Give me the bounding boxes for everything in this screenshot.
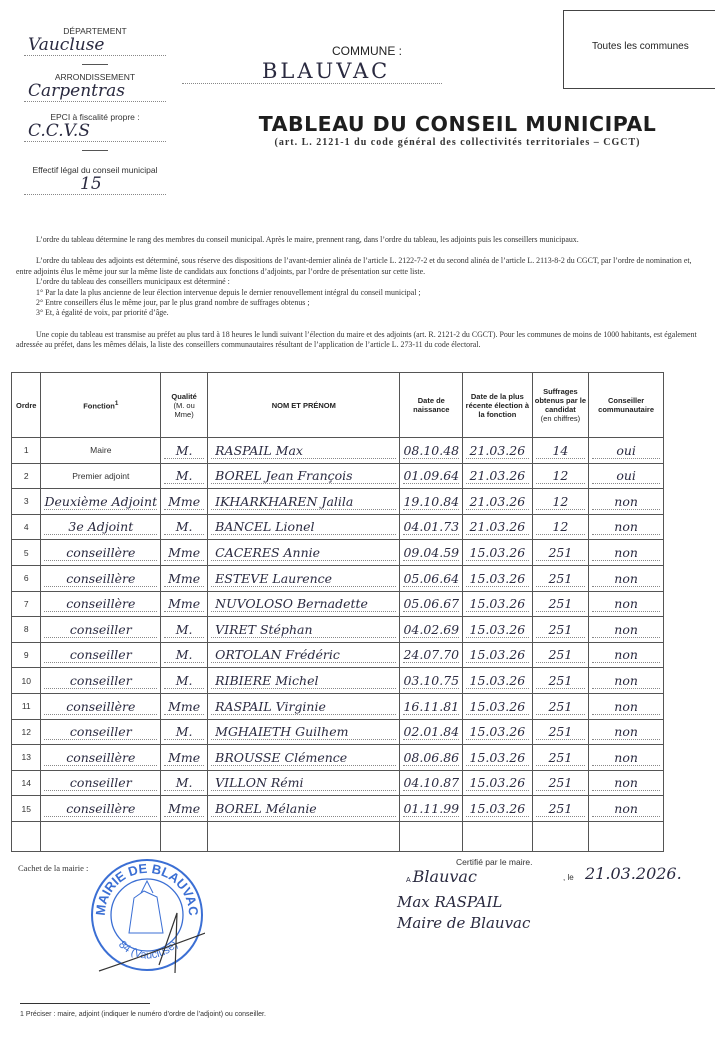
cell-nom: RASPAIL Virginie <box>208 693 400 719</box>
cell-naissance: 04.01.73 <box>400 514 463 540</box>
cell-qualite: Mme <box>161 540 208 566</box>
cell-suffrages: 251 <box>532 745 589 771</box>
cell-ordre: 6 <box>12 565 41 591</box>
cell-suffrages: 251 <box>532 617 589 643</box>
sign-place: ABlauvac <box>406 867 477 886</box>
cell-qualite: M. <box>161 668 208 694</box>
cell-naissance: 01.11.99 <box>400 796 463 822</box>
cell-nom: VILLON Rémi <box>208 770 400 796</box>
cell-communautaire: non <box>589 540 664 566</box>
certified-label: Certifié par le maire. <box>456 857 533 867</box>
cell-naissance: 01.09.64 <box>400 463 463 489</box>
cell-qualite: M. <box>161 642 208 668</box>
le-label: , le <box>563 873 574 882</box>
cell-suffrages: 251 <box>532 668 589 694</box>
cell-ordre: 9 <box>12 642 41 668</box>
header-ordre: Ordre <box>12 373 41 438</box>
header-communautaire: Conseiller communautaire <box>589 373 664 438</box>
cell-suffrages: 251 <box>532 719 589 745</box>
cell-suffrages: 251 <box>532 770 589 796</box>
cell-election: 15.03.26 <box>463 617 532 643</box>
cell-suffrages: 12 <box>532 514 589 540</box>
cell-ordre: 11 <box>12 693 41 719</box>
table-row: 13conseillèreMmeBROUSSE Clémence08.06.86… <box>12 745 664 771</box>
cell-communautaire: non <box>589 565 664 591</box>
cell-ordre: 1 <box>12 438 41 464</box>
cell-communautaire: non <box>589 642 664 668</box>
certification-date: 21.03.2026. <box>585 864 682 883</box>
cell-naissance: 02.01.84 <box>400 719 463 745</box>
council-table: Ordre Fonction1 Qualité(M. ou Mme) NOM E… <box>11 372 664 852</box>
cell-ordre: 10 <box>12 668 41 694</box>
cell-naissance: 04.10.87 <box>400 770 463 796</box>
cell-suffrages: 14 <box>532 438 589 464</box>
table-row: 2Premier adjointM.BOREL Jean François01.… <box>12 463 664 489</box>
cell-qualite: M. <box>161 770 208 796</box>
intro-paragraph: Une copie du tableau est transmise au pr… <box>16 330 706 351</box>
commune-field: COMMUNE : BLAUVAC <box>182 44 442 84</box>
cell-fonction: conseiller <box>41 642 161 668</box>
cell-election: 21.03.26 <box>463 514 532 540</box>
cell-suffrages: 251 <box>532 693 589 719</box>
effectif-field: Effectif légal du conseil municipal 15 <box>24 165 166 195</box>
table-row: 14conseillerM.VILLON Rémi04.10.8715.03.2… <box>12 770 664 796</box>
cell-election: 21.03.26 <box>463 463 532 489</box>
cell-communautaire: non <box>589 514 664 540</box>
cell-nom: BOREL Jean François <box>208 463 400 489</box>
intro-text: L’ordre du tableau détermine le rang des… <box>16 235 706 351</box>
cell-election: 21.03.26 <box>463 438 532 464</box>
table-row: 15conseillèreMmeBOREL Mélanie01.11.9915.… <box>12 796 664 822</box>
cell-fonction: conseillère <box>41 565 161 591</box>
cell-fonction: 3e Adjoint <box>41 514 161 540</box>
cell-communautaire: non <box>589 796 664 822</box>
cell-election: 15.03.26 <box>463 719 532 745</box>
cell-naissance: 05.06.64 <box>400 565 463 591</box>
scope-box: Toutes les communes <box>563 10 715 89</box>
table-row: 5conseillèreMmeCACERES Annie09.04.5915.0… <box>12 540 664 566</box>
cell-ordre: 14 <box>12 770 41 796</box>
cell-qualite: Mme <box>161 745 208 771</box>
cell-election: 15.03.26 <box>463 642 532 668</box>
cell-communautaire: non <box>589 489 664 515</box>
table-header-row: Ordre Fonction1 Qualité(M. ou Mme) NOM E… <box>12 373 664 438</box>
signer-name: Max RASPAIL <box>397 893 502 911</box>
cell-election: 15.03.26 <box>463 540 532 566</box>
cell-nom: BOREL Mélanie <box>208 796 400 822</box>
cell-ordre: 12 <box>12 719 41 745</box>
intro-paragraph: L’ordre du tableau des adjoints est déte… <box>16 256 706 277</box>
scope-label: Toutes les communes <box>592 41 689 52</box>
intro-paragraph: L’ordre du tableau des conseillers munic… <box>16 277 706 287</box>
intro-rule-1: 1° Par la date la plus ancienne de leur … <box>16 288 706 298</box>
cell-election: 15.03.26 <box>463 770 532 796</box>
cachet-label: Cachet de la mairie : <box>18 863 88 873</box>
footnote: 1 Préciser : maire, adjoint (indiquer le… <box>20 1011 266 1018</box>
cell-communautaire: oui <box>589 438 664 464</box>
footnote-divider <box>20 1003 150 1004</box>
divider <box>82 150 108 151</box>
cell-communautaire: non <box>589 719 664 745</box>
table-row-empty <box>12 821 664 851</box>
departement-field: DÉPARTEMENT Vaucluse <box>24 26 166 65</box>
cell-communautaire: non <box>589 693 664 719</box>
cell-nom: BANCEL Lionel <box>208 514 400 540</box>
cell-election: 15.03.26 <box>463 796 532 822</box>
cell-nom: VIRET Stéphan <box>208 617 400 643</box>
intro-paragraph: L’ordre du tableau détermine le rang des… <box>16 235 706 245</box>
cell-naissance: 19.10.84 <box>400 489 463 515</box>
cell-qualite: Mme <box>161 796 208 822</box>
table-row: 3Deuxième AdjointMmeIKHARKHAREN Jalila19… <box>12 489 664 515</box>
cell-election: 15.03.26 <box>463 745 532 771</box>
svg-text:MAIRIE DE BLAUVAC: MAIRIE DE BLAUVAC <box>93 861 202 917</box>
arrondissement-value: Carpentras <box>28 81 125 101</box>
epci-field: EPCI à fiscalité propre : C.C.V.S <box>24 112 166 151</box>
cell-communautaire: non <box>589 591 664 617</box>
cell-suffrages: 251 <box>532 796 589 822</box>
cell-fonction: conseillère <box>41 745 161 771</box>
cell-communautaire: non <box>589 770 664 796</box>
cell-qualite: M. <box>161 719 208 745</box>
cell-fonction: conseiller <box>41 719 161 745</box>
footnote-marker: 1 <box>115 400 118 407</box>
cell-fonction: conseiller <box>41 770 161 796</box>
commune-label: COMMUNE : <box>332 44 442 58</box>
cell-fonction: conseillère <box>41 540 161 566</box>
header-election: Date de la plus récente élection à la fo… <box>463 373 532 438</box>
cell-nom: NUVOLOSO Bernadette <box>208 591 400 617</box>
cell-naissance: 08.10.48 <box>400 438 463 464</box>
cell-suffrages: 251 <box>532 642 589 668</box>
cell-communautaire: non <box>589 745 664 771</box>
commune-value: BLAUVAC <box>262 59 390 83</box>
cell-suffrages: 251 <box>532 565 589 591</box>
cell-naissance: 16.11.81 <box>400 693 463 719</box>
cell-naissance: 08.06.86 <box>400 745 463 771</box>
divider <box>82 64 108 65</box>
signer-title: Maire de Blauvac <box>397 914 530 932</box>
cell-nom: RIBIERE Michel <box>208 668 400 694</box>
cell-ordre: 2 <box>12 463 41 489</box>
cell-suffrages: 12 <box>532 489 589 515</box>
intro-rule-2: 2° Entre conseillers élus le même jour, … <box>16 298 706 308</box>
cell-suffrages: 251 <box>532 540 589 566</box>
cell-qualite: M. <box>161 514 208 540</box>
cell-qualite: Mme <box>161 565 208 591</box>
cell-naissance: 04.02.69 <box>400 617 463 643</box>
cell-qualite: M. <box>161 617 208 643</box>
cell-election: 15.03.26 <box>463 693 532 719</box>
cell-naissance: 03.10.75 <box>400 668 463 694</box>
header-suffrages: Suffrages obtenus par le candidat(en chi… <box>532 373 589 438</box>
cell-qualite: M. <box>161 463 208 489</box>
cell-naissance: 24.07.70 <box>400 642 463 668</box>
table-row: 11conseillèreMmeRASPAIL Virginie16.11.81… <box>12 693 664 719</box>
cell-fonction: conseiller <box>41 668 161 694</box>
table-row: 1MaireM.RASPAIL Max08.10.4821.03.2614oui <box>12 438 664 464</box>
cell-fonction: conseillère <box>41 796 161 822</box>
table-row: 8conseillerM.VIRET Stéphan04.02.6915.03.… <box>12 617 664 643</box>
cell-communautaire: non <box>589 668 664 694</box>
document-subtitle: (art. L. 2121-1 du code général des coll… <box>200 137 715 148</box>
cell-election: 21.03.26 <box>463 489 532 515</box>
cell-nom: ORTOLAN Frédéric <box>208 642 400 668</box>
cell-nom: BROUSSE Clémence <box>208 745 400 771</box>
cell-ordre: 5 <box>12 540 41 566</box>
cell-fonction: Maire <box>41 438 161 464</box>
svg-text:84 (Vaucluse): 84 (Vaucluse) <box>116 939 180 962</box>
header-nom: NOM ET PRÉNOM <box>208 373 400 438</box>
cell-election: 15.03.26 <box>463 565 532 591</box>
cell-qualite: Mme <box>161 591 208 617</box>
cell-fonction: conseiller <box>41 617 161 643</box>
cell-ordre: 7 <box>12 591 41 617</box>
cell-nom: ESTEVE Laurence <box>208 565 400 591</box>
document-title-block: TABLEAU DU CONSEIL MUNICIPAL (art. L. 21… <box>200 112 715 148</box>
cell-ordre: 4 <box>12 514 41 540</box>
cell-qualite: Mme <box>161 693 208 719</box>
cell-naissance: 05.06.67 <box>400 591 463 617</box>
effectif-value: 15 <box>80 174 102 194</box>
table-row: 6conseillèreMmeESTEVE Laurence05.06.6415… <box>12 565 664 591</box>
cell-fonction: Deuxième Adjoint <box>41 489 161 515</box>
header-naissance: Date de naissance <box>400 373 463 438</box>
cell-nom: IKHARKHAREN Jalila <box>208 489 400 515</box>
header-qualite: Qualité(M. ou Mme) <box>161 373 208 438</box>
epci-value: C.C.V.S <box>28 121 90 141</box>
cell-suffrages: 12 <box>532 463 589 489</box>
cell-suffrages: 251 <box>532 591 589 617</box>
cell-nom: MGHAIETH Guilhem <box>208 719 400 745</box>
cell-ordre: 15 <box>12 796 41 822</box>
cell-ordre: 13 <box>12 745 41 771</box>
cell-qualite: Mme <box>161 489 208 515</box>
cell-fonction: conseillère <box>41 591 161 617</box>
cell-fonction: conseillère <box>41 693 161 719</box>
table-row: 43e AdjointM.BANCEL Lionel04.01.7321.03.… <box>12 514 664 540</box>
cell-ordre: 8 <box>12 617 41 643</box>
mairie-stamp-icon: MAIRIE DE BLAUVAC 84 (Vaucluse) <box>89 853 205 978</box>
intro-rule-3: 3° Et, à égalité de voix, par priorité d… <box>16 308 706 318</box>
cell-communautaire: non <box>589 617 664 643</box>
cell-qualite: M. <box>161 438 208 464</box>
cell-nom: CACERES Annie <box>208 540 400 566</box>
cell-communautaire: oui <box>589 463 664 489</box>
cell-ordre: 3 <box>12 489 41 515</box>
table-row: 7conseillèreMmeNUVOLOSO Bernadette05.06.… <box>12 591 664 617</box>
cell-nom: RASPAIL Max <box>208 438 400 464</box>
departement-value: Vaucluse <box>28 35 105 55</box>
table-row: 9conseillerM.ORTOLAN Frédéric24.07.7015.… <box>12 642 664 668</box>
table-row: 10conseillerM.RIBIERE Michel03.10.7515.0… <box>12 668 664 694</box>
cell-election: 15.03.26 <box>463 668 532 694</box>
cell-naissance: 09.04.59 <box>400 540 463 566</box>
cell-fonction: Premier adjoint <box>41 463 161 489</box>
cell-election: 15.03.26 <box>463 591 532 617</box>
arrondissement-field: ARRONDISSEMENT Carpentras <box>24 72 166 102</box>
document-title: TABLEAU DU CONSEIL MUNICIPAL <box>200 112 715 136</box>
table-row: 12conseillerM.MGHAIETH Guilhem02.01.8415… <box>12 719 664 745</box>
header-fonction: Fonction1 <box>41 373 161 438</box>
